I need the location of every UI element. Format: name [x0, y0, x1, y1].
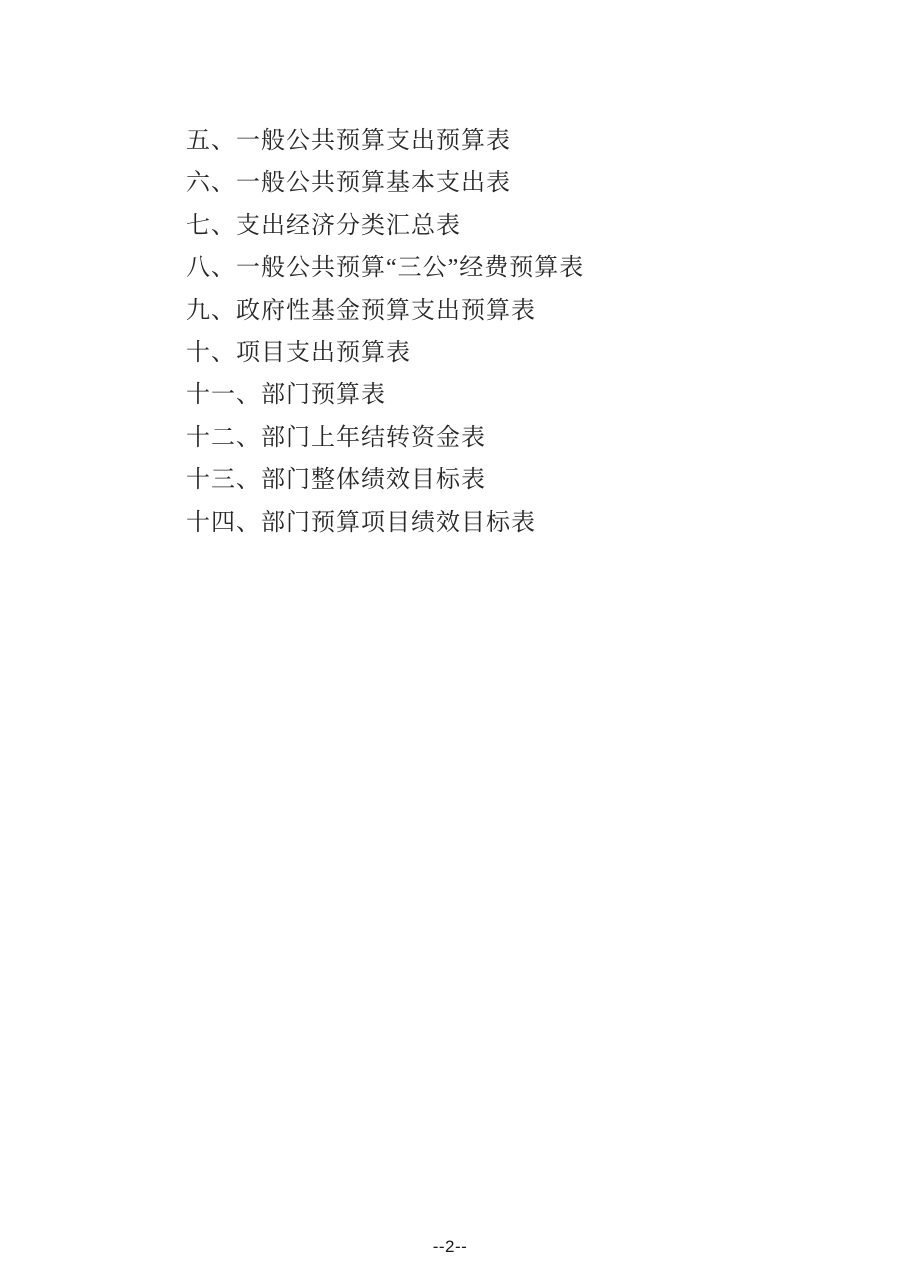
toc-item: 十一、部门预算表 [186, 374, 584, 416]
document-page: 五、一般公共预算支出预算表 六、一般公共预算基本支出表 七、支出经济分类汇总表 … [0, 0, 900, 1274]
toc-list: 五、一般公共预算支出预算表 六、一般公共预算基本支出表 七、支出经济分类汇总表 … [186, 120, 584, 544]
toc-item: 六、一般公共预算基本支出表 [186, 162, 584, 204]
toc-item: 十二、部门上年结转资金表 [186, 417, 584, 459]
toc-item: 七、支出经济分类汇总表 [186, 205, 584, 247]
toc-item: 五、一般公共预算支出预算表 [186, 120, 584, 162]
toc-item: 十、项目支出预算表 [186, 332, 584, 374]
toc-item: 十三、部门整体绩效目标表 [186, 459, 584, 501]
toc-item: 八、一般公共预算“三公”经费预算表 [186, 247, 584, 289]
page-number: --2-- [433, 1237, 468, 1256]
page-footer: --2-- [0, 1237, 900, 1257]
toc-item: 九、政府性基金预算支出预算表 [186, 290, 584, 332]
toc-item: 十四、部门预算项目绩效目标表 [186, 502, 584, 544]
